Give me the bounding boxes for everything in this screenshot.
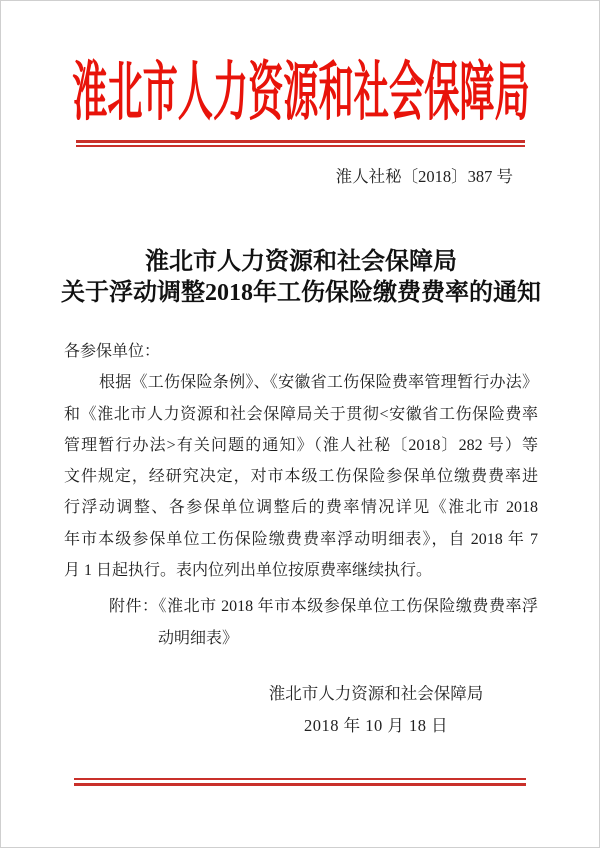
agency-masthead: 淮北市人力资源和社会保障局 (1, 56, 600, 130)
footer-double-rule (74, 778, 526, 786)
document-title: 淮北市人力资源和社会保障局 关于浮动调整2018年工伤保险缴费费率的通知 (1, 247, 600, 309)
agency-masthead-title: 淮北市人力资源和社会保障局 (72, 61, 530, 125)
body-line: 和《淮北市人力资源和社会保障局关于贯彻<安徽省工伤保险费率 (64, 399, 538, 430)
body-line: 月 1 日起执行。表内位列出单位按原费率继续执行。 (64, 555, 538, 586)
body-line: 年市本级参保单位工伤保险缴费费率浮动明细表》，自 2018 年 7 (64, 524, 538, 555)
official-notice-page: 淮北市人力资源和社会保障局 淮人社秘〔2018〕387 号 淮北市人力资源和社会… (0, 0, 600, 848)
signature-block: 淮北市人力资源和社会保障局 2018 年 10 月 18 日 (151, 678, 600, 741)
signer-organization: 淮北市人力资源和社会保障局 (151, 678, 600, 710)
body-line: 根据《工伤保险条例》、《安徽省工伤保险费率管理暂行办法》 (64, 367, 538, 398)
body-line: 管理暂行办法>有关问题的通知》（淮人社秘〔2018〕282 号）等 (64, 430, 538, 461)
header-double-rule (76, 140, 525, 147)
document-body: 各参保单位： 根据《工伤保险条例》、《安徽省工伤保险费率管理暂行办法》 和《淮北… (64, 336, 538, 654)
document-title-line-2: 关于浮动调整2018年工伤保险缴费费率的通知 (1, 278, 600, 309)
body-line: 文件规定，经研究决定，对市本级工伤保险参保单位缴费费率进 (64, 461, 538, 492)
attachment-line-2: 动明细表》 (64, 623, 538, 654)
salutation: 各参保单位： (64, 336, 538, 367)
body-line: 行浮动调整、各参保单位调整后的费率情况详见《淮北市 2018 (64, 492, 538, 523)
attachment-line-1: 附件：《淮北市 2018 年市本级参保单位工伤保险缴费费率浮 (64, 591, 538, 622)
document-title-line-1: 淮北市人力资源和社会保障局 (1, 247, 600, 278)
document-number: 淮人社秘〔2018〕387 号 (336, 166, 513, 188)
issue-date: 2018 年 10 月 18 日 (151, 710, 600, 742)
